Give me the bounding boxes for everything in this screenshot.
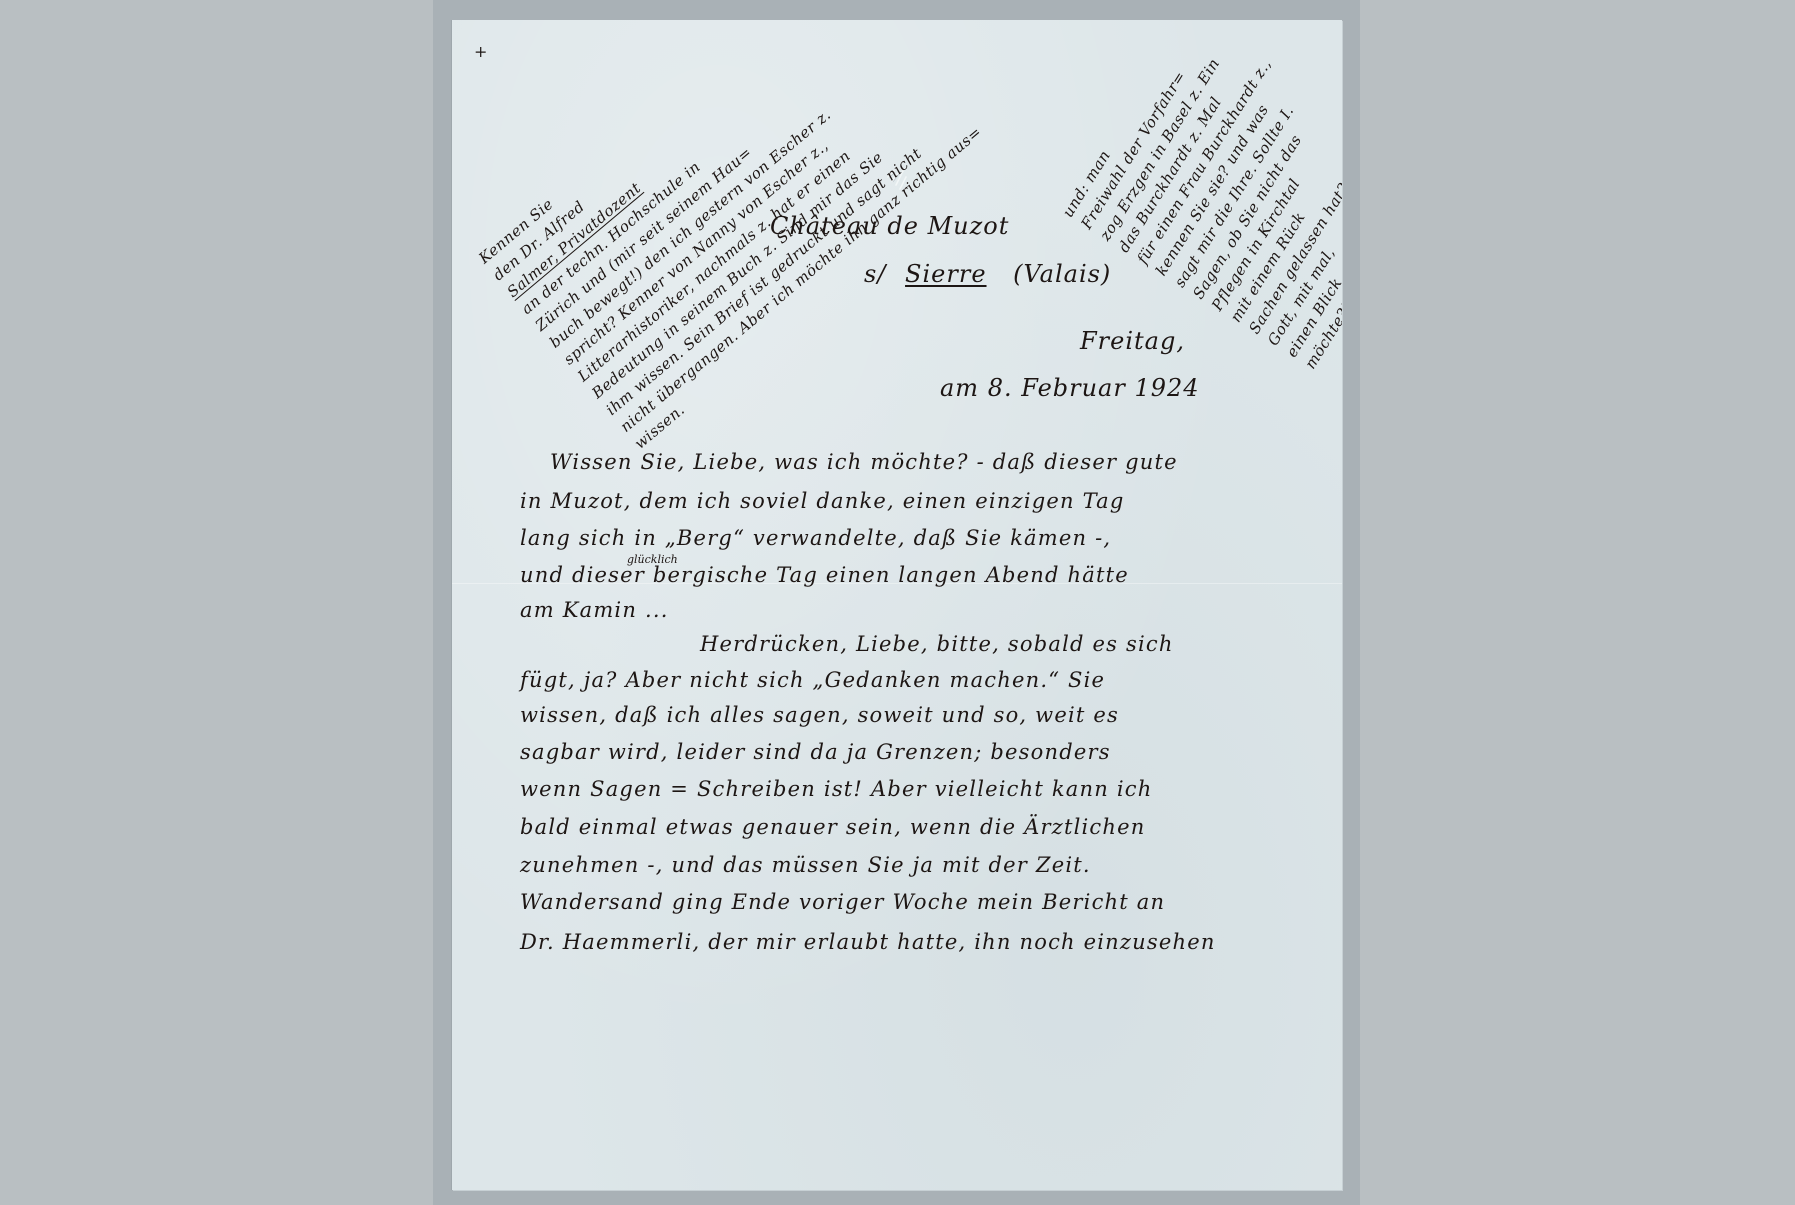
body-line: wissen, daß ich alles sagen, soweit und … [520, 703, 1119, 727]
body-line: zunehmen -, und das müssen Sie ja mit de… [520, 853, 1091, 877]
body-line: bald einmal etwas genauer sein, wenn die… [520, 815, 1145, 839]
body-line: Wissen Sie, Liebe, was ich möchte? - daß… [550, 450, 1178, 474]
margin-mark: + [474, 42, 487, 61]
letter-date: am 8. Februar 1924 [940, 374, 1200, 402]
letterhead-address: s/ Sierre (Valais) [864, 260, 1111, 288]
body-line: in Muzot, dem ich soviel danke, einen ei… [520, 489, 1125, 513]
postal-prefix: s/ [864, 260, 886, 288]
body-line: und dieser bergische Tag einen langen Ab… [520, 563, 1129, 587]
body-line: Dr. Haemmerli, der mir erlaubt hatte, ih… [520, 930, 1216, 954]
canton: (Valais) [1013, 260, 1111, 288]
letter-weekday: Freitag, [1080, 327, 1185, 355]
body-line: lang sich in „Berg“ verwandelte, daß Sie… [520, 526, 1111, 550]
body-line: sagbar wird, leider sind da ja Grenzen; … [520, 740, 1111, 764]
body-line: Wandersand ging Ende voriger Woche mein … [520, 890, 1165, 914]
body-line: wenn Sagen = Schreiben ist! Aber viellei… [520, 777, 1152, 801]
letterhead-place: Château de Muzot [770, 212, 1009, 240]
body-line: Herdrücken, Liebe, bitte, sobald es sich [700, 632, 1174, 656]
margin-note-right: und: man Freiwahl der Vorfahr= zog Erzge… [1057, 20, 1342, 373]
body-line: fügt, ja? Aber nicht sich „Gedanken mach… [520, 668, 1105, 692]
town: Sierre [905, 260, 986, 288]
letter-sheet: + Kennen Sie den Dr. Alfred Salmer, Priv… [452, 20, 1342, 1190]
body-line: am Kamin ... [520, 598, 669, 622]
